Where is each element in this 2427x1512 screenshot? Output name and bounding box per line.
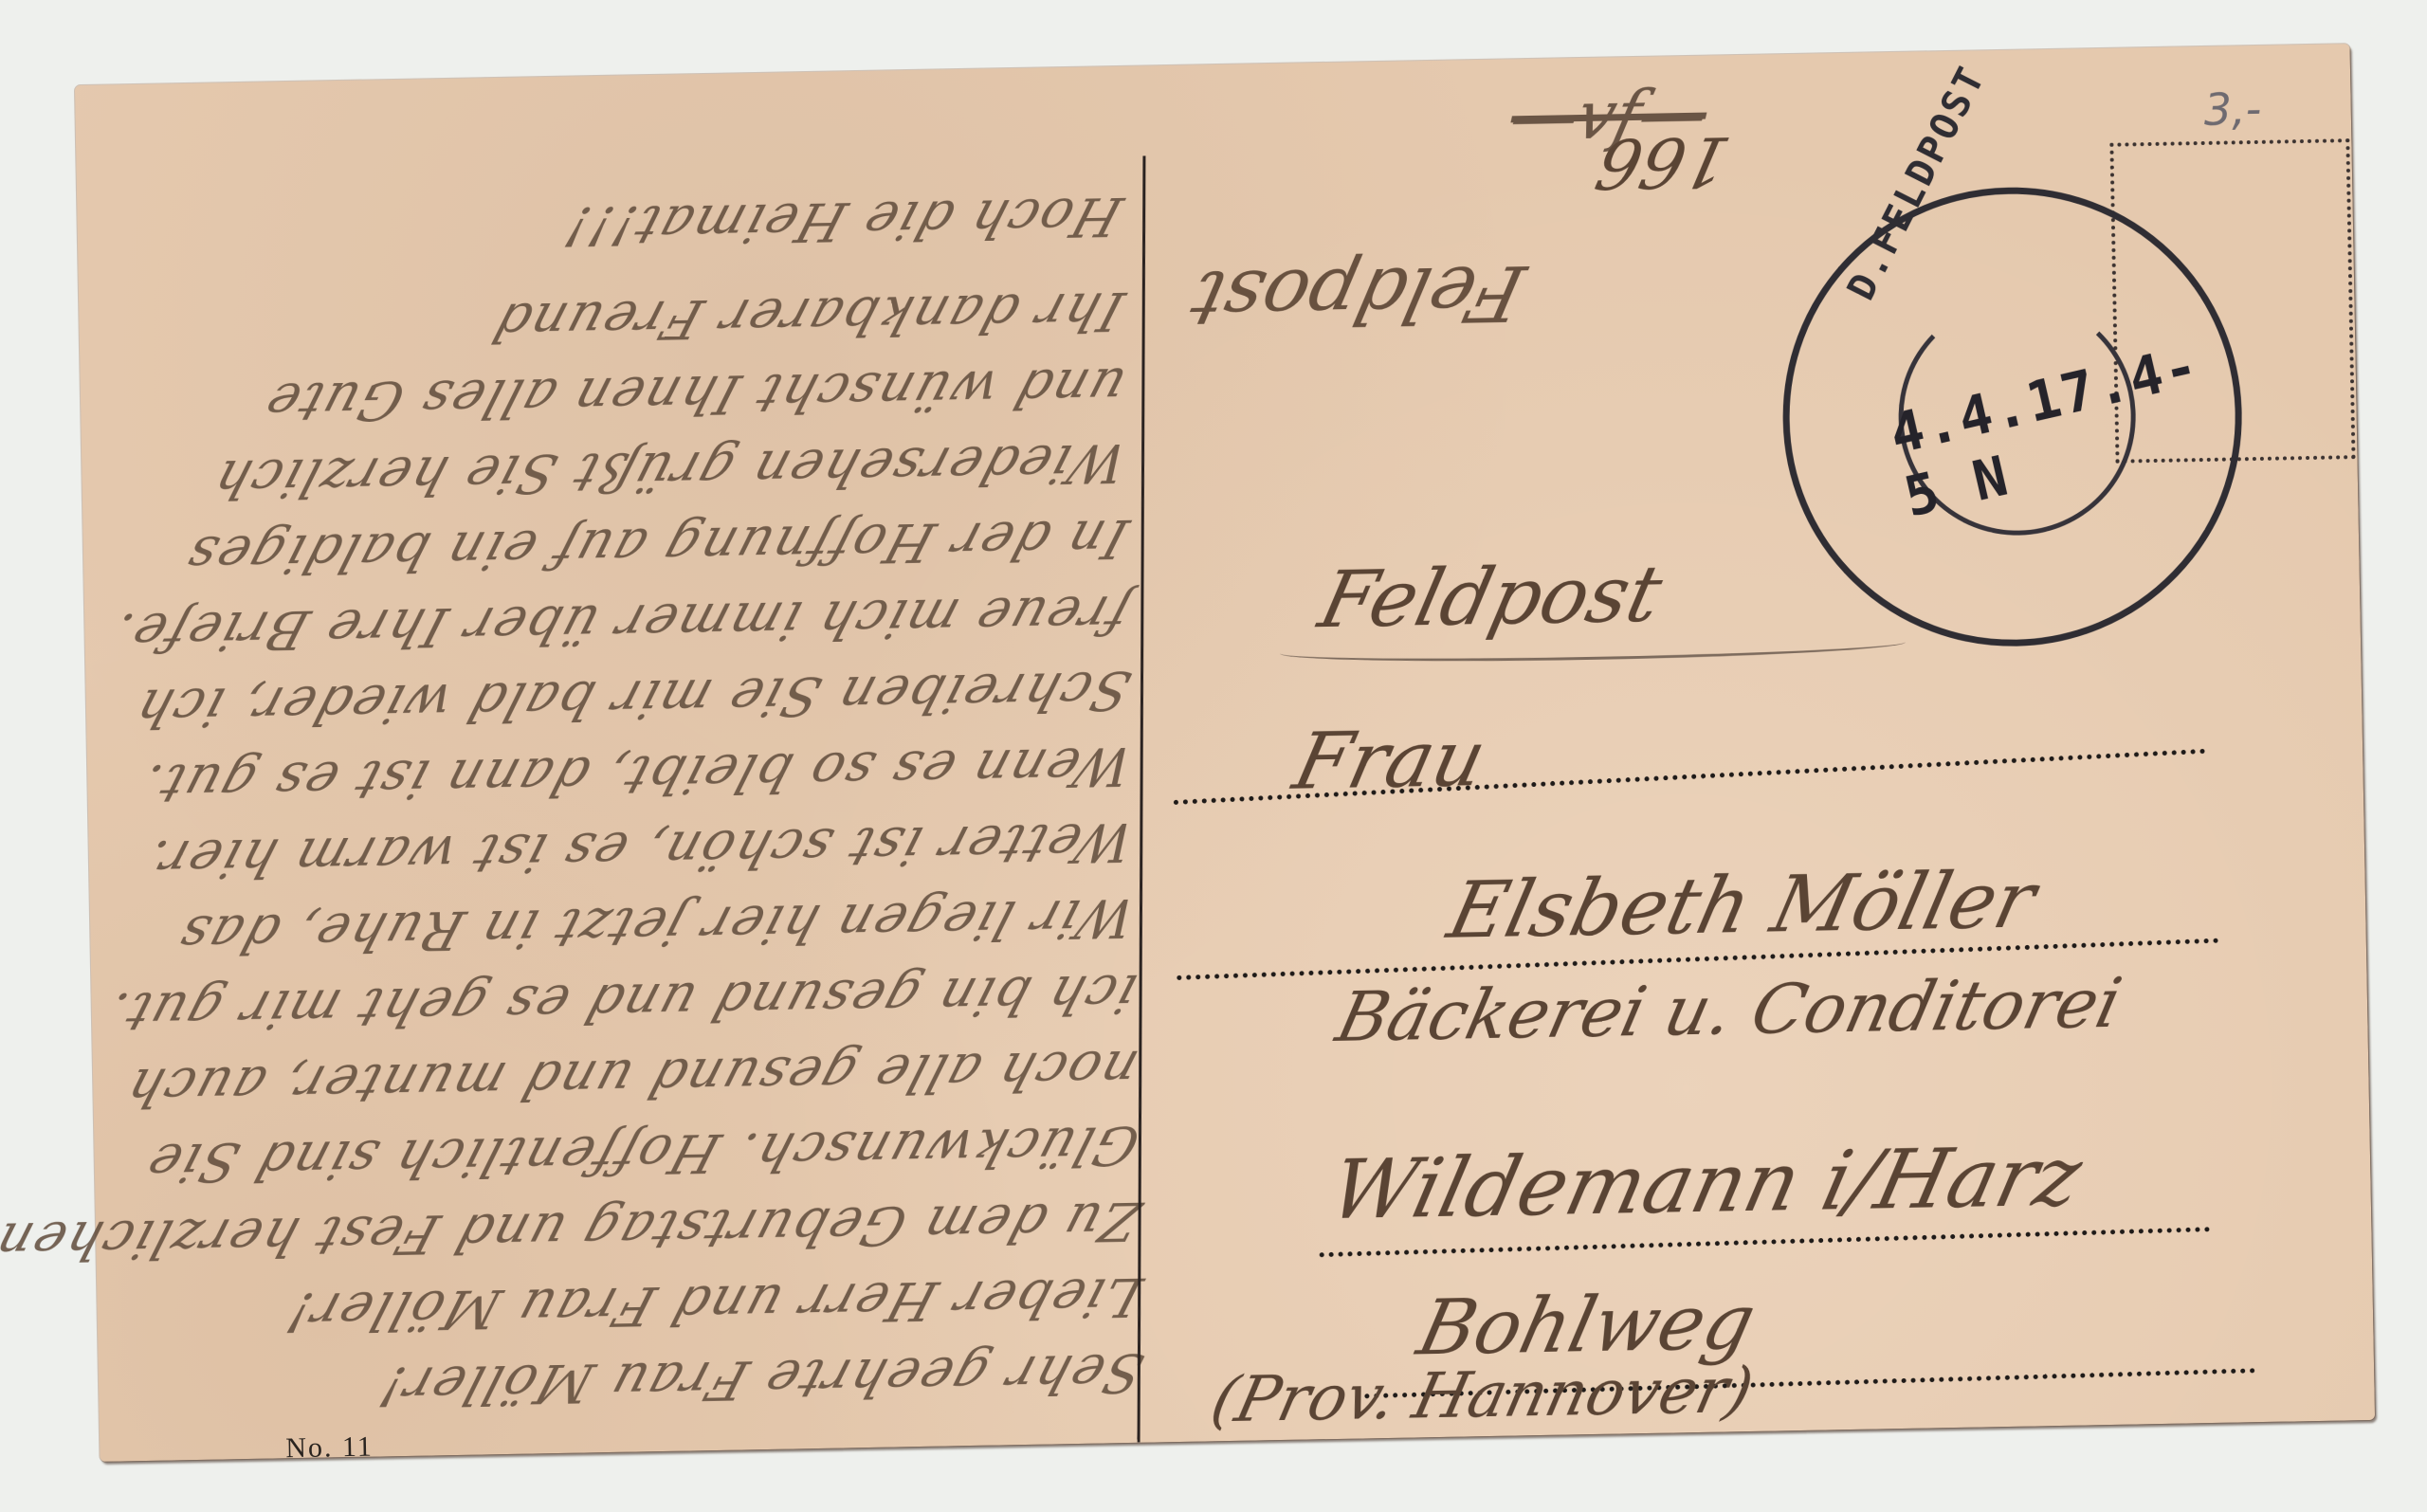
town: Wildemann i/Harz <box>1322 1129 2090 1238</box>
message-line: Sehr geehrte Frau Möller! <box>371 1341 1151 1417</box>
province: (Prov. Hannover) <box>1205 1354 1761 1437</box>
message-line: noch alle gesund und munter, auch <box>118 1038 1145 1119</box>
message-line: ich bin gesund und es geht mir gut. <box>99 962 1144 1043</box>
recipient-name: Elsbeth Möller <box>1440 855 2043 956</box>
message-line: und wünscht Ihnen alles Gute <box>256 355 1133 433</box>
message-line: Wir liegen hier jetzt in Ruhe, das <box>170 886 1142 966</box>
postmark-top-text: D.FELDPOST <box>1839 59 1995 307</box>
message-line: Wiedersehen grüßt Sie herzlich <box>205 431 1134 510</box>
message-line: Wetter ist schön, es ist warm hier. <box>137 811 1141 890</box>
address-area: 3,- —vf— 166 Feldpost D.FELDPOST 4.4.17.… <box>1151 44 2375 1442</box>
message-line: Schreiben Sie mir bald wieder, ich <box>126 659 1138 739</box>
message-line: In der Hoffnung auf ein baldiges <box>177 507 1136 587</box>
message-line: Zu dem Geburtstag und Fest herzlichen <box>0 1190 1148 1272</box>
message-line: Glückwunsch. Hoffentlich sind Sie <box>137 1114 1146 1194</box>
business-name: Bäckerei u. Conditorei <box>1329 963 2128 1057</box>
message-text-area: Sehr geehrte Frau Möller! Lieber Herr un… <box>94 85 1151 1431</box>
message-line: Hoch die Heimat!!! <box>557 185 1130 257</box>
message-line: Lieber Herr und Frau Möller! <box>279 1266 1150 1343</box>
inverted-feldpost: Feldpost <box>1182 248 1532 343</box>
message-line: freue mich immer über Ihre Briefe. <box>104 583 1138 664</box>
price-note: 3,- <box>2203 83 2261 136</box>
message-line: Ihr dankbarer Freund <box>484 280 1131 354</box>
postcard: Sehr geehrte Frau Möller! Lieber Herr un… <box>75 44 2375 1462</box>
inverted-number: 166 <box>1589 121 1738 204</box>
message-line: Wenn es so bleibt, dann ist es gut. <box>133 735 1141 814</box>
feldpost-header: Feldpost <box>1311 549 1670 646</box>
print-number: No. 11 <box>285 1431 374 1466</box>
